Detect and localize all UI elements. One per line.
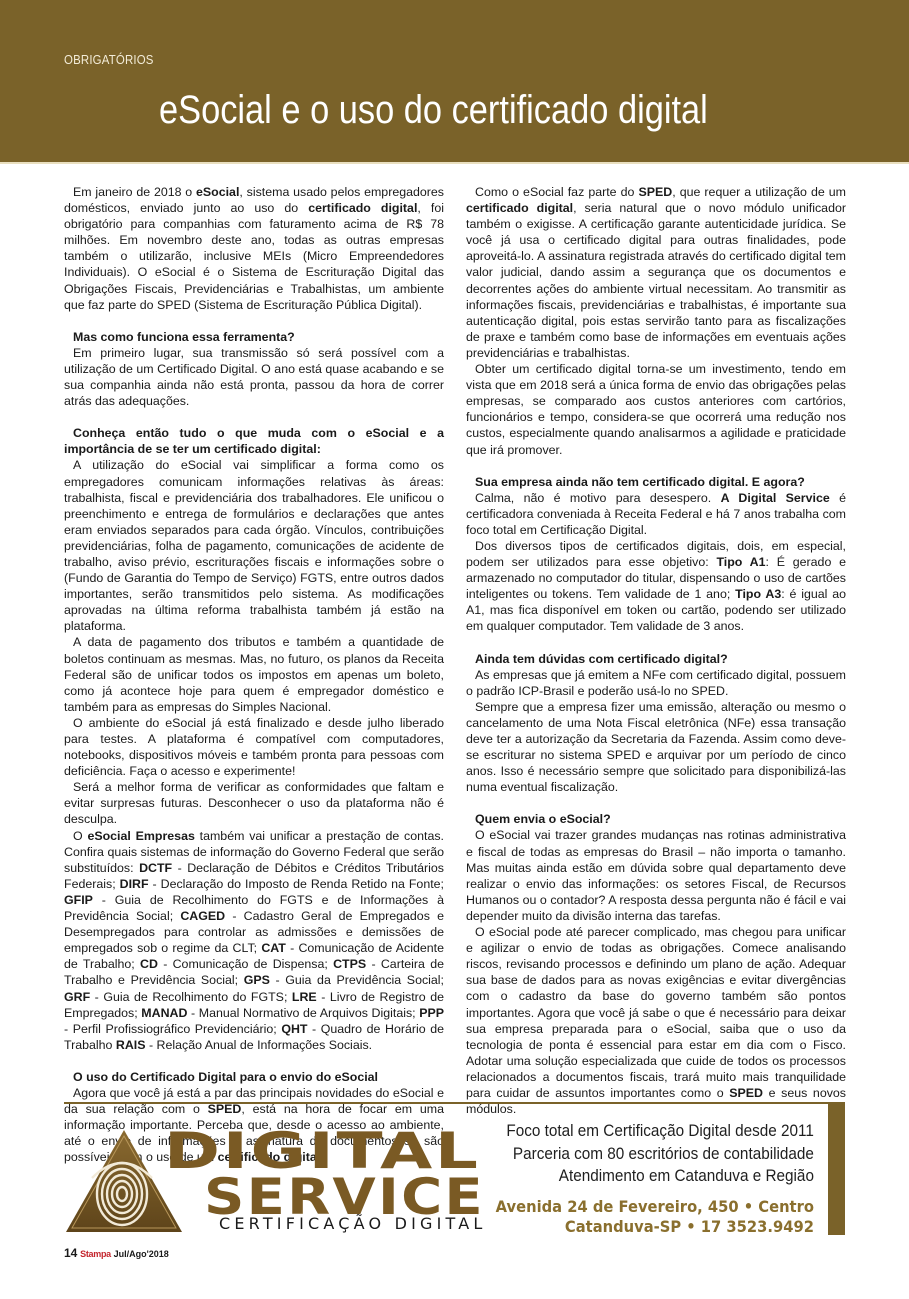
paragraph: A utilização do eSocial vai simplificar … [64, 457, 444, 634]
paragraph: A data de pagamento dos tributos e també… [64, 634, 444, 714]
section-heading: Mas como funciona essa ferramenta? [64, 329, 444, 345]
paragraph: Em primeiro lugar, sua transmissão só se… [64, 345, 444, 409]
system-code: GFIP [64, 893, 93, 907]
paragraph: As empresas que já emitem a NFe com cert… [466, 667, 846, 699]
text: O eSocial pode até parecer complicado, m… [466, 925, 846, 1100]
text: , que requer a utilização de um [672, 185, 846, 199]
section-label: OBRIGATÓRIOS [64, 52, 154, 67]
text: Calma, não é motivo para desespero. [475, 491, 721, 505]
digital-service-logo: DIGITAL SERVICE CERTIFICAÇÃO DIGITAL [64, 1124, 454, 1236]
text: Como o eSocial faz parte do [475, 185, 638, 199]
bold-text: SPED [729, 1086, 763, 1100]
section-heading: Conheça então tudo o que muda com o eSoc… [64, 425, 444, 457]
system-desc: - Comunicação de Dispensa; [158, 957, 333, 971]
paragraph: Dos diversos tipos de certificados digit… [466, 538, 846, 635]
ad-side-bar [828, 1102, 845, 1235]
system-desc: - Guia de Recolhimento do FGTS; [90, 990, 292, 1004]
paragraph: Obter um certificado digital torna-se um… [466, 361, 846, 458]
ad-text-block: Foco total em Certificação Digital desde… [468, 1120, 814, 1237]
issue-date: Jul/Ago'2018 [114, 1249, 169, 1259]
system-code: DIRF [120, 877, 149, 891]
system-code: RAIS [116, 1038, 146, 1052]
system-desc: - Guia da Previdência Social; [270, 973, 444, 987]
header-banner: OBRIGATÓRIOS eSocial e o uso do certific… [0, 0, 909, 164]
bold-text: certificado digital [466, 201, 573, 215]
page-number: 14 [64, 1246, 77, 1260]
systems-paragraph: O eSocial Empresas também vai unificar a… [64, 828, 444, 1053]
system-code: QHT [281, 1022, 307, 1036]
system-desc: - Manual Normativo de Arquivos Digitais; [187, 1006, 419, 1020]
page-footer: 14 Stampa Jul/Ago'2018 [64, 1246, 169, 1260]
text: O [73, 829, 87, 843]
paragraph: Calma, não é motivo para desespero. A Di… [466, 490, 846, 538]
bold-text: SPED [208, 1102, 242, 1116]
text: , foi obrigatório para companhias com fa… [64, 201, 444, 312]
paragraph: Será a melhor forma de verificar as conf… [64, 779, 444, 827]
system-code: CAT [261, 941, 286, 955]
bold-text: A Digital Service [721, 491, 830, 505]
article-column-right: Como o eSocial faz parte do SPED, que re… [466, 184, 846, 1117]
bold-text: eSocial [196, 185, 239, 199]
system-code: LRE [292, 990, 317, 1004]
system-desc: - Declaração do Imposto de Renda Retido … [149, 877, 444, 891]
system-code: CTPS [333, 957, 366, 971]
section-heading: O uso do Certificado Digital para o envi… [64, 1069, 444, 1085]
logo-tagline: CERTIFICAÇÃO DIGITAL [219, 1214, 487, 1233]
system-desc: - Perfil Profissiográfico Previdenciário… [64, 1022, 281, 1036]
bold-text: eSocial Empresas [87, 829, 194, 843]
system-code: GRF [64, 990, 90, 1004]
section-heading: Quem envia o eSocial? [466, 811, 846, 827]
paragraph: O ambiente do eSocial já está finalizado… [64, 715, 444, 779]
system-code: CD [140, 957, 158, 971]
system-desc: - Relação Anual de Informações Sociais. [146, 1038, 373, 1052]
bold-text: certificado digital [308, 201, 417, 215]
system-code: PPP [419, 1006, 444, 1020]
paragraph: O eSocial vai trazer grandes mudanças na… [466, 827, 846, 924]
system-code: DCTF [139, 861, 172, 875]
text: Em janeiro de 2018 o [73, 185, 196, 199]
ad-address: Avenida 24 de Fevereiro, 450 • Centro [496, 1197, 814, 1217]
ad-line: Foco total em Certificação Digital desde… [503, 1120, 814, 1143]
section-heading: Ainda tem dúvidas com certificado digita… [466, 651, 846, 667]
ad-divider [64, 1102, 844, 1104]
article-column-left: Em janeiro de 2018 o eSocial, sistema us… [64, 184, 444, 1165]
section-heading: Sua empresa ainda não tem certificado di… [466, 474, 846, 490]
page-title: eSocial e o uso do certificado digital [159, 88, 708, 133]
ad-line: Atendimento em Catanduva e Região [503, 1165, 814, 1188]
paragraph: Sempre que a empresa fizer uma emissão, … [466, 699, 846, 796]
bold-text: Tipo A1 [716, 555, 765, 569]
ad-line: Parceria com 80 escritórios de contabili… [503, 1143, 814, 1166]
ad-phone: Catanduva-SP • 17 3523.9492 [496, 1217, 814, 1237]
system-code: CAGED [180, 909, 225, 923]
paragraph: O eSocial pode até parecer complicado, m… [466, 924, 846, 1117]
bold-text: SPED [638, 185, 672, 199]
bold-text: Tipo A3 [735, 587, 781, 601]
magazine-name: Stampa [80, 1249, 111, 1259]
system-code: MANAD [141, 1006, 187, 1020]
paragraph: Como o eSocial faz parte do SPED, que re… [466, 184, 846, 361]
system-code: GPS [244, 973, 270, 987]
text: , seria natural que o novo módulo unific… [466, 201, 846, 360]
intro-paragraph: Em janeiro de 2018 o eSocial, sistema us… [64, 184, 444, 313]
